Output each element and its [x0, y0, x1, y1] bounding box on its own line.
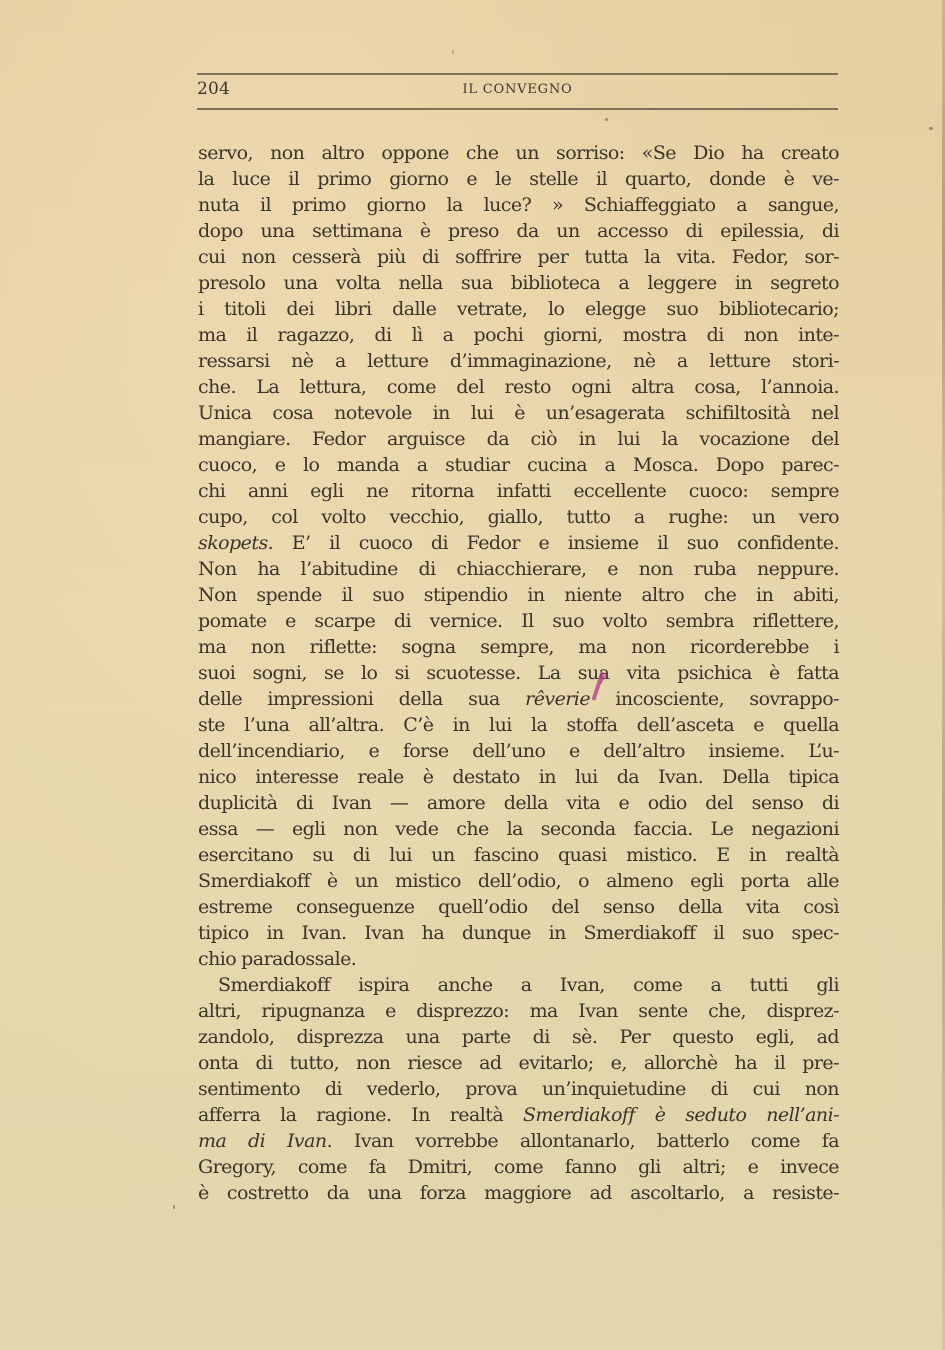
text-run: dopo una settimana è preso da un accesso…: [198, 220, 839, 242]
text-run: afferra la ragione. In realtà: [198, 1104, 523, 1126]
text-run: onta di tutto, non riesce ad evitarlo; e…: [198, 1052, 839, 1074]
text-run: è costretto da una forza maggiore ad asc…: [198, 1182, 839, 1204]
header-rule-bottom: [197, 108, 838, 110]
text-line: nuta il primo giorno la luce? » Schiaffe…: [198, 192, 839, 218]
text-run: la luce il primo giorno e le stelle il q…: [198, 168, 839, 190]
paper-speck: [173, 1205, 175, 1209]
text-line: ressarsi nè a letture d’immaginazione, n…: [198, 348, 839, 374]
running-head: 204 IL CONVEGNO: [197, 78, 838, 102]
text-line: delle impressioni della sua rêverie inco…: [198, 686, 839, 712]
text-line: ma non riflette: sogna sempre, ma non ri…: [198, 634, 839, 660]
text-run: ste l’una all’altra. C’è in lui la stoff…: [198, 714, 839, 736]
text-run: Non ha l’abitudine di chiacchierare, e n…: [198, 558, 839, 580]
text-line: è costretto da una forza maggiore ad asc…: [198, 1180, 839, 1206]
text-line: skopets. E’ il cuoco di Fedor e insieme …: [198, 530, 839, 556]
text-line: esercitano su di lui un fascino quasi mi…: [198, 842, 839, 868]
italic-run: rêverie: [525, 688, 590, 710]
text-run: incosciente, sovrappo-: [590, 688, 839, 710]
text-line: nico interesse reale è destato in lui da…: [198, 764, 839, 790]
text-line: afferra la ragione. In realtà Smerdiakof…: [198, 1102, 839, 1128]
text-line: i titoli dei libri dalle vetrate, lo ele…: [198, 296, 839, 322]
body-text: servo, non altro oppone che un sorriso: …: [198, 140, 839, 1206]
text-run: chi anni egli ne ritorna infatti eccelle…: [198, 480, 839, 502]
text-run: essa — egli non vede che la seconda facc…: [198, 818, 839, 840]
text-run: ressarsi nè a letture d’immaginazione, n…: [198, 350, 839, 372]
text-line: che. La lettura, come del resto ogni alt…: [198, 374, 839, 400]
text-run: pomate e scarpe di vernice. Il suo volto…: [198, 610, 839, 632]
text-line: Smerdiakoff è un mistico dell’odio, o al…: [198, 868, 839, 894]
text-run: presolo una volta nella sua biblioteca a…: [198, 272, 839, 294]
text-run: i titoli dei libri dalle vetrate, lo ele…: [198, 298, 839, 320]
paragraph: Smerdiakoff ispira anche a Ivan, come a …: [198, 972, 839, 1206]
text-line: presolo una volta nella sua biblioteca a…: [198, 270, 839, 296]
paragraph: servo, non altro oppone che un sorriso: …: [198, 140, 839, 972]
text-run: dell’incendiario, e forse dell’uno e del…: [198, 740, 839, 762]
text-line: estreme conseguenze quell’odio del senso…: [198, 894, 839, 920]
text-run: Gregory, come fa Dmitri, come fanno gli …: [198, 1156, 839, 1178]
text-line: sentimento di vederlo, prova un’inquietu…: [198, 1076, 839, 1102]
text-line: pomate e scarpe di vernice. Il suo volto…: [198, 608, 839, 634]
text-line: servo, non altro oppone che un sorriso: …: [198, 140, 839, 166]
text-line: Non spende il suo stipendio in niente al…: [198, 582, 839, 608]
text-run: suoi sogni, se lo si scuotesse. La sua v…: [198, 662, 839, 684]
text-run: Smerdiakoff ispira anche a Ivan, come a …: [218, 974, 839, 996]
text-run: nuta il primo giorno la luce? » Schiaffe…: [198, 194, 839, 216]
text-line: Smerdiakoff ispira anche a Ivan, come a …: [198, 972, 839, 998]
text-line: cui non cesserà più di soffrire per tutt…: [198, 244, 839, 270]
text-line: mangiare. Fedor arguisce da ciò in lui l…: [198, 426, 839, 452]
text-run: chio paradossale.: [198, 948, 356, 970]
text-line: Unica cosa notevole in lui è un’esagerat…: [198, 400, 839, 426]
header-rule-top: [197, 73, 838, 75]
text-line: duplicità di Ivan — amore della vita e o…: [198, 790, 839, 816]
text-run: mangiare. Fedor arguisce da ciò in lui l…: [198, 428, 839, 450]
text-line: cupo, col volto vecchio, giallo, tutto a…: [198, 504, 839, 530]
text-line: essa — egli non vede che la seconda facc…: [198, 816, 839, 842]
text-line: Non ha l’abitudine di chiacchierare, e n…: [198, 556, 839, 582]
text-run: duplicità di Ivan — amore della vita e o…: [198, 792, 839, 814]
text-line: ste l’una all’altra. C’è in lui la stoff…: [198, 712, 839, 738]
text-run: estreme conseguenze quell’odio del senso…: [198, 896, 839, 918]
text-run: servo, non altro oppone che un sorriso: …: [198, 142, 839, 164]
journal-title: IL CONVEGNO: [197, 82, 838, 97]
text-line: onta di tutto, non riesce ad evitarlo; e…: [198, 1050, 839, 1076]
text-run: Unica cosa notevole in lui è un’esagerat…: [198, 402, 839, 424]
text-run: cui non cesserà più di soffrire per tutt…: [198, 246, 839, 268]
text-line: ma il ragazzo, di lì a pochi giorni, mos…: [198, 322, 839, 348]
text-run: sentimento di vederlo, prova un’inquietu…: [198, 1078, 839, 1100]
text-run: altri, ripugnanza e disprezzo: ma Ivan s…: [198, 1000, 839, 1022]
text-run: cuoco, e lo manda a studiar cucina a Mos…: [198, 454, 839, 476]
text-line: dell’incendiario, e forse dell’uno e del…: [198, 738, 839, 764]
text-run: Non spende il suo stipendio in niente al…: [198, 584, 839, 606]
text-run: delle impressioni della sua: [198, 688, 525, 710]
text-run: cupo, col volto vecchio, giallo, tutto a…: [198, 506, 839, 528]
text-run: Smerdiakoff è un mistico dell’odio, o al…: [198, 870, 839, 892]
text-line: altri, ripugnanza e disprezzo: ma Ivan s…: [198, 998, 839, 1024]
italic-run: Smerdiakoff è seduto nell’ani-: [523, 1104, 839, 1126]
paper-speck: [929, 127, 933, 130]
italic-run: skopets: [198, 532, 268, 554]
paper-speck: [452, 50, 454, 54]
text-run: ma non riflette: sogna sempre, ma non ri…: [198, 636, 839, 658]
text-line: tipico in Ivan. Ivan ha dunque in Smerdi…: [198, 920, 839, 946]
text-line: ma di Ivan. Ivan vorrebbe allontanarlo, …: [198, 1128, 839, 1154]
text-run: zandolo, disprezza una parte di sè. Per …: [198, 1026, 839, 1048]
text-line: chio paradossale.: [198, 946, 839, 972]
text-run: . Ivan vorrebbe allontanarlo, batterlo c…: [327, 1130, 839, 1152]
text-run: che. La lettura, come del resto ogni alt…: [198, 376, 839, 398]
text-line: Gregory, come fa Dmitri, come fanno gli …: [198, 1154, 839, 1180]
text-run: nico interesse reale è destato in lui da…: [198, 766, 839, 788]
text-line: zandolo, disprezza una parte di sè. Per …: [198, 1024, 839, 1050]
text-line: dopo una settimana è preso da un accesso…: [198, 218, 839, 244]
text-line: chi anni egli ne ritorna infatti eccelle…: [198, 478, 839, 504]
text-run: esercitano su di lui un fascino quasi mi…: [198, 844, 839, 866]
text-line: la luce il primo giorno e le stelle il q…: [198, 166, 839, 192]
text-run: tipico in Ivan. Ivan ha dunque in Smerdi…: [198, 922, 839, 944]
text-line: suoi sogni, se lo si scuotesse. La sua v…: [198, 660, 839, 686]
paper-speck: [605, 118, 608, 121]
text-line: cuoco, e lo manda a studiar cucina a Mos…: [198, 452, 839, 478]
text-run: ma il ragazzo, di lì a pochi giorni, mos…: [198, 324, 839, 346]
italic-run: ma di Ivan: [198, 1130, 327, 1152]
scanned-page: 204 IL CONVEGNO servo, non altro oppone …: [0, 0, 945, 1350]
text-run: . E’ il cuoco di Fedor e insieme il suo …: [268, 532, 839, 554]
